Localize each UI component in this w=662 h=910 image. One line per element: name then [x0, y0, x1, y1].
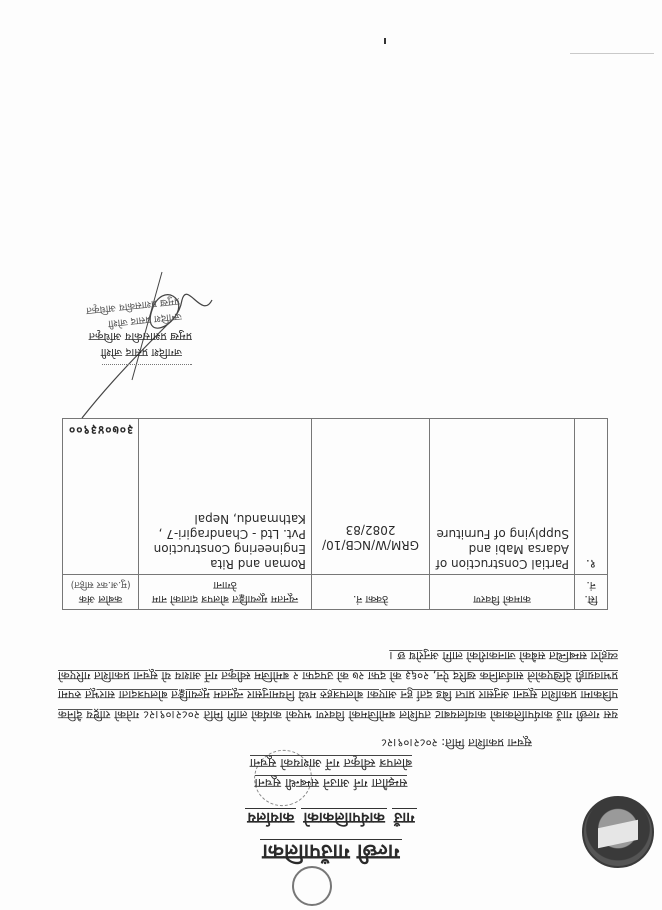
scanned-notice-page: गल्छी गाउँपालिका गाउँ कार्यपालिकाको कार्…	[0, 0, 662, 910]
table-row: १. Partial Construction of Adarsa Mabi a…	[63, 419, 608, 575]
office-word-2: कार्यपालिकाको	[301, 808, 386, 827]
notice-title-2: बोलपत्र स्वीकृत गर्ने आशयको सूचना	[0, 755, 662, 772]
header-work: कामको विवरण	[430, 575, 575, 610]
cell-sn: १.	[575, 419, 608, 575]
signature-line	[102, 364, 192, 365]
notice-title-1: सम्झौता गर्न आउने सम्बन्धी सूचना	[0, 775, 662, 792]
scan-edge-line	[570, 53, 654, 54]
cell-work: Partial Construction of Adarsa Mabi and …	[430, 419, 575, 575]
signatory-name: जगदिश प्रसाद जोशी	[101, 345, 182, 360]
award-table: सि. नं. कामको विवरण ठेक्का नं. न्यूनतम म…	[62, 418, 608, 610]
header-bid-no: ठेक्का नं.	[311, 575, 429, 610]
header-amount: कबोल अंक (मु.अ.कर सहित)	[63, 575, 139, 610]
notice-body: यस गल्छी गाउँ कार्यपालिकाको कार्यालयबाट …	[58, 646, 618, 724]
cell-bidder: Roman and Rita Engineering Construction …	[139, 419, 312, 575]
office-word-1: गाउँ	[392, 808, 417, 827]
office-heading: गाउँ कार्यपालिकाको कार्यालय	[0, 808, 662, 828]
scan-speck	[384, 38, 386, 44]
office-stamp-icon	[292, 866, 332, 906]
signatory-title: प्रमुख प्रशासकीय अधिकृत	[89, 329, 192, 344]
award-table-header: सि. नं. कामको विवरण ठेक्का नं. न्यूनतम म…	[63, 575, 608, 610]
published-date-value: २०८२।०९।२८	[381, 736, 438, 750]
municipality-name: गल्छी गाउँपालिका	[260, 839, 401, 865]
office-word-3: कार्यालय	[245, 808, 296, 827]
municipality-heading: गल्छी गाउँपालिका	[0, 838, 662, 866]
header-bidder: न्यूनतम मूल्याङ्कित बोलपत्र दाताको नाम ठ…	[139, 575, 312, 610]
cell-amount: ३०७०४३९००	[63, 419, 139, 575]
cell-bid-no: GRM/W/NCB/10/ 2082/83	[311, 419, 429, 575]
header-sn: सि. नं.	[575, 575, 608, 610]
published-date-label: सूचना प्रकाशित मिति:	[441, 736, 532, 750]
published-date: सूचना प्रकाशित मिति: २०८२।०९।२८	[381, 735, 532, 750]
